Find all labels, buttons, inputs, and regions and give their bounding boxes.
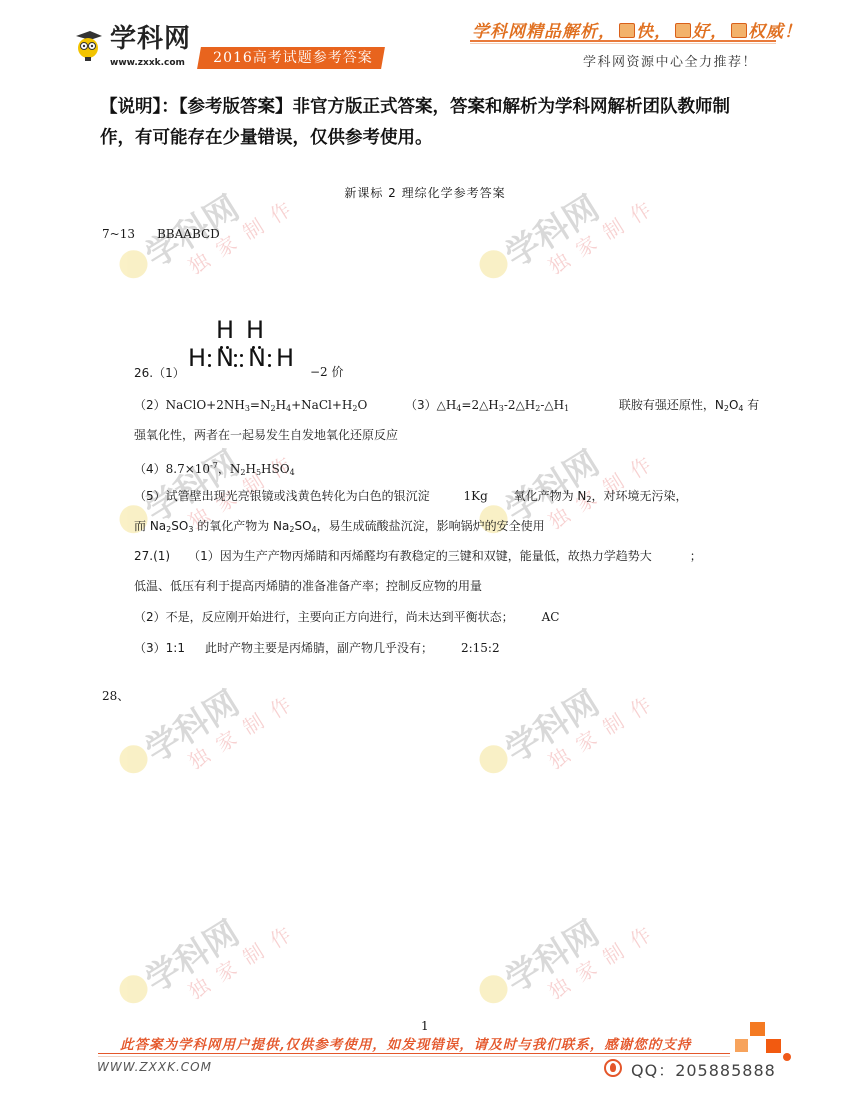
thumbs-up-icon (619, 23, 635, 38)
document-title: 新课标 2 理综化学参考答案 (0, 184, 850, 201)
q26-part2-3: （2）NaClO+2NH3=N2H4+NaCl+H2O （3）△H4=2△H3-… (134, 397, 759, 417)
banner-title: 2016高考试题参考答案 (205, 47, 381, 69)
q28-label: 28、 (102, 688, 129, 704)
divider (98, 1053, 730, 1054)
q26-part3-reason: 强氧化性，两者在一起易发生自发地氧化还原反应 (134, 427, 398, 443)
watermark: 学科网独家制作 (98, 837, 351, 1052)
q26-part5-cont: 而 Na2SO3 的氧化产物为 Na2SO4，易生成硫酸盐沉淀，影响锅炉的安全使… (134, 518, 545, 538)
slogan: 学科网精品解析，快，好，权威！ (472, 17, 802, 42)
site-logo[interactable]: 学科网 www.zxxk.com (72, 22, 192, 70)
watermark: 学科网独家制作 (458, 837, 711, 1052)
lewis-structure-n2h4: H H H N N H (188, 316, 298, 376)
q27-part3: （3）1:1此时产物主要是丙烯腈，副产物几乎没有；2:15:2 (134, 640, 500, 656)
decor-square-icon (735, 1039, 748, 1052)
page-number: 1 (421, 1019, 429, 1033)
q27-part1: 27.(1)（1）因为生产产物丙烯睛和丙烯醛均有教稳定的三键和双键，能量低，故热… (134, 548, 702, 564)
recommend-text: 学科网资源中心全力推荐！ (583, 51, 757, 70)
decor-square-icon (766, 1039, 781, 1053)
q26-part4: （4）8.7×10-7，N2H5HSO4 (134, 458, 295, 481)
disclaimer-notice: 【说明】：【参考版答案】非官方版正式答案，答案和解析为学科网解析团队教师制作，有… (100, 92, 760, 154)
thumbs-up-icon (731, 23, 747, 38)
divider (470, 43, 776, 44)
q26-label: 26.（1） (134, 365, 185, 381)
q26-part5: （5）试管壁出现光亮银镜或浅黄色转化为白色的银沉淀 1Kg 氧化产物为 N2，对… (134, 488, 688, 508)
mascot-graduate-icon (74, 30, 104, 62)
thumbs-up-icon (675, 23, 691, 38)
answer-7-13: 7~13BBAABCD (102, 226, 220, 242)
q27-part1-cont: 低温、低压有利于提高丙烯腈的准备准备产率；控制反应物的用量 (134, 578, 482, 594)
q27-part2: （2）不是，反应刚开始进行，主要向正方向进行，尚未达到平衡状态；AC (134, 609, 560, 625)
qq-icon (604, 1059, 622, 1077)
logo-text: 学科网 (110, 24, 191, 54)
divider (470, 40, 776, 42)
divider (98, 1056, 730, 1057)
valence-answer: −2 价 (310, 364, 344, 380)
decor-dot-icon (783, 1053, 791, 1061)
footer-notice: 此答案为学科网用户提供,仅供参考使用，如发现错误，请及时与我们联系，感谢您的支持 (120, 1033, 691, 1053)
qq-contact: QQ：205885888 (631, 1058, 776, 1081)
logo-url: www.zxxk.com (110, 58, 185, 68)
decor-square-icon (750, 1022, 765, 1036)
footer-url[interactable]: WWW.ZXXK.COM (97, 1060, 212, 1074)
